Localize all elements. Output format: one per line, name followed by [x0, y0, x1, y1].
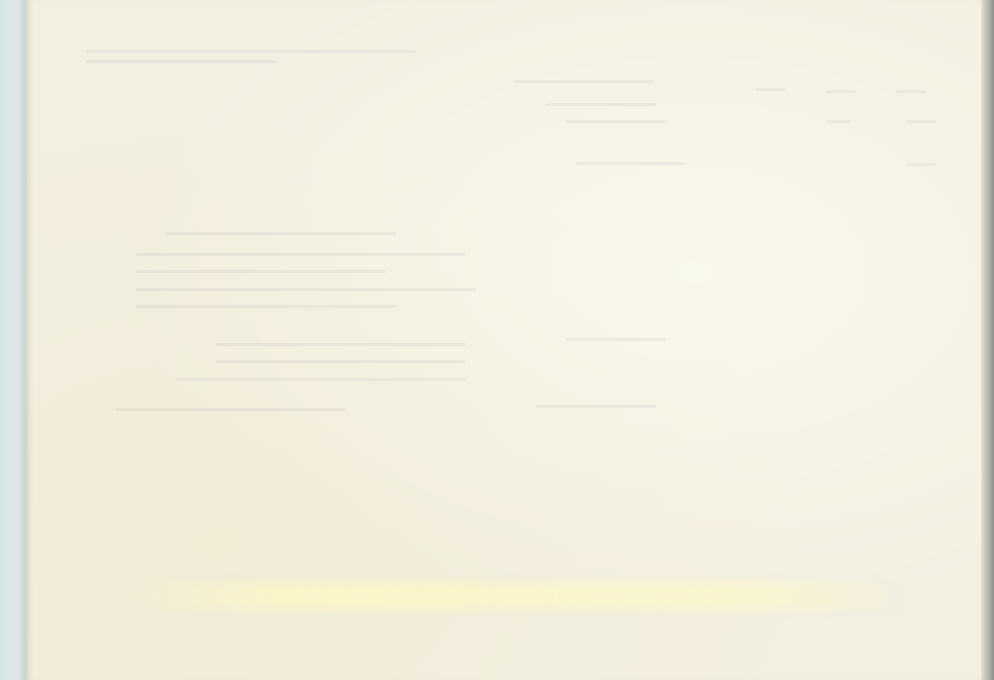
bleed-through-line [566, 120, 666, 123]
bleed-through-line [566, 338, 666, 341]
bleed-through-line [514, 80, 654, 83]
bleed-through-line [176, 378, 466, 381]
bleed-through-line [136, 253, 466, 256]
bleed-through-line [136, 288, 476, 291]
bleed-through-line [896, 90, 926, 93]
bleed-through-line [166, 232, 396, 235]
bleed-through-line [826, 90, 856, 93]
bleed-through-line [136, 270, 386, 273]
bleed-through-line [536, 405, 656, 408]
bleed-through-line [756, 88, 786, 91]
bleed-through-line [86, 60, 276, 63]
paper-discoloration [126, 582, 906, 610]
bleed-through-line [216, 360, 466, 363]
scanner-backdrop [0, 0, 26, 680]
scanned-page [26, 0, 981, 680]
bleed-through-line [86, 50, 416, 53]
bleed-through-line [216, 343, 466, 346]
bleed-through-line [826, 120, 851, 123]
bleed-through-line [576, 162, 686, 165]
bleed-through-line [136, 305, 396, 308]
bleed-through-line [906, 120, 936, 123]
page-edge-shadow [981, 0, 994, 680]
bleed-through-line [546, 103, 656, 106]
bleed-through-line [906, 163, 936, 166]
bleed-through-line [116, 408, 346, 411]
